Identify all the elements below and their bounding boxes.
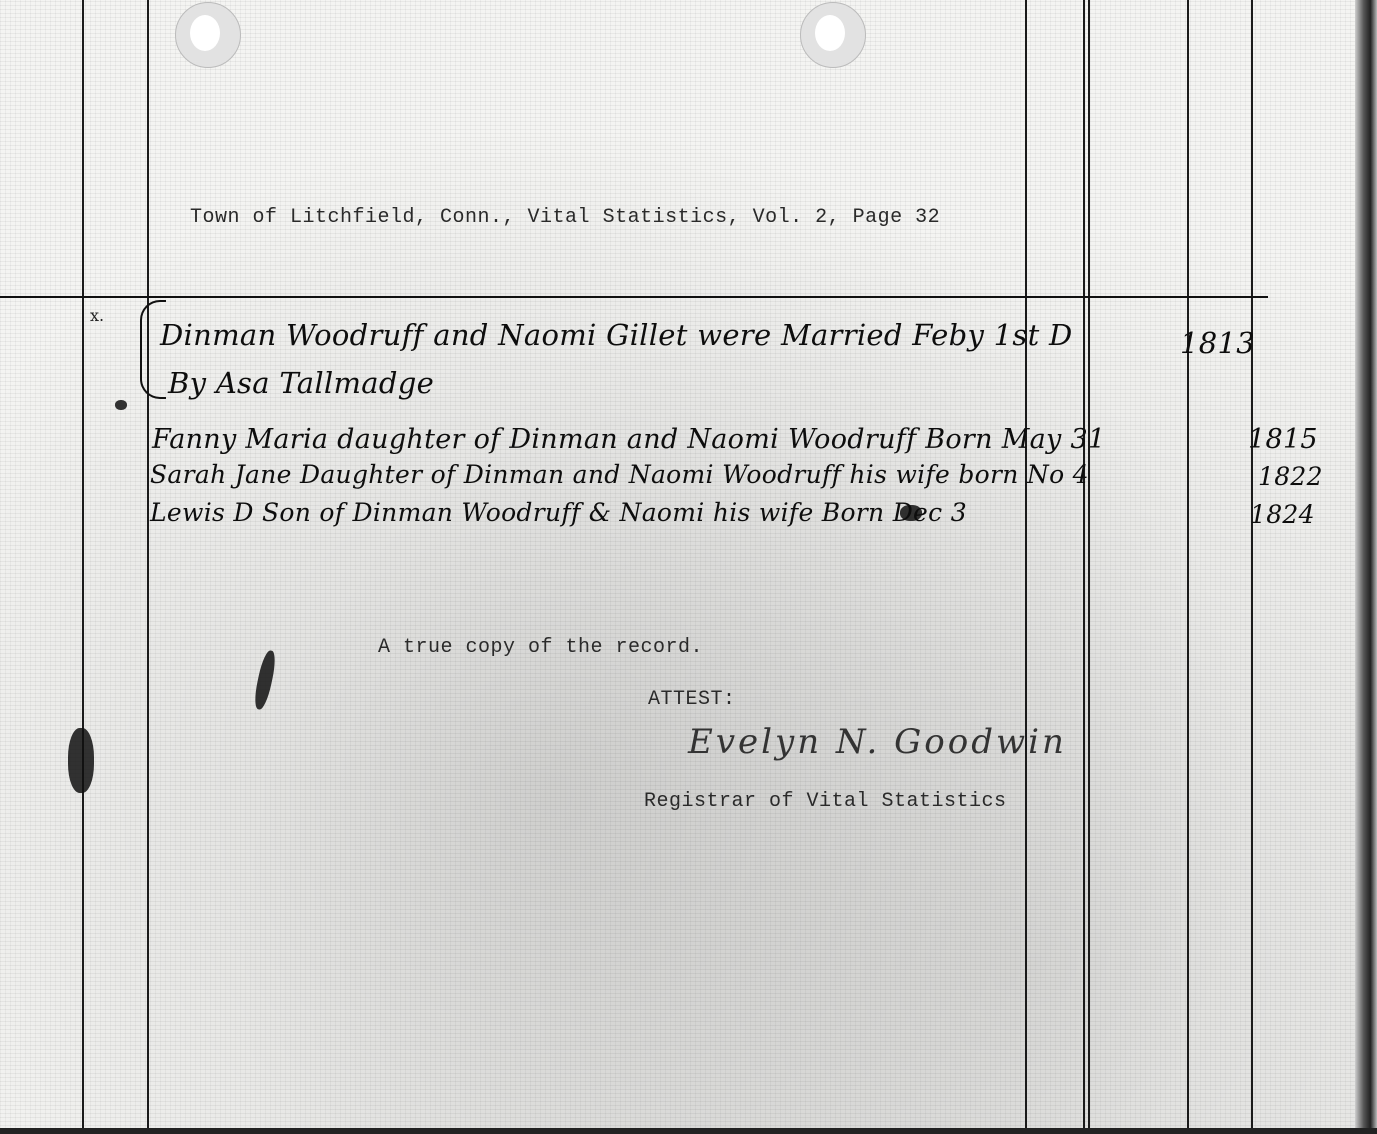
page-bottom-edge bbox=[0, 1128, 1377, 1134]
birth-entry: Fanny Maria daughter of Dinman and Naomi… bbox=[152, 424, 1105, 455]
binder-hole-right bbox=[800, 2, 866, 68]
marriage-entry-line: Dinman Woodruff and Naomi Gillet were Ma… bbox=[160, 318, 1073, 352]
page-edge bbox=[1355, 0, 1377, 1134]
scanned-record-page: Town of Litchfield, Conn., Vital Statist… bbox=[0, 0, 1377, 1134]
officiant-line: By Asa Tallmadge bbox=[168, 366, 434, 400]
ink-blot bbox=[68, 728, 94, 793]
ink-blot bbox=[115, 400, 127, 410]
birth-year: 1824 bbox=[1250, 500, 1315, 529]
birth-year: 1815 bbox=[1248, 424, 1318, 455]
margin-mark: x. bbox=[90, 306, 104, 325]
registrar-title: Registrar of Vital Statistics bbox=[644, 790, 1007, 813]
attest-label: ATTEST: bbox=[648, 688, 736, 711]
ink-blot bbox=[252, 649, 278, 711]
marriage-year: 1813 bbox=[1180, 326, 1255, 360]
ledger-rule bbox=[1088, 0, 1090, 1134]
ledger-rule bbox=[147, 0, 149, 1134]
birth-entry: Lewis D Son of Dinman Woodruff & Naomi h… bbox=[150, 498, 967, 527]
ledger-rule bbox=[82, 0, 84, 1134]
header-rule bbox=[0, 296, 1268, 298]
registrar-signature: Evelyn N. Goodwin bbox=[688, 722, 1067, 762]
ledger-rule bbox=[1187, 0, 1189, 1134]
birth-entry: Sarah Jane Daughter of Dinman and Naomi … bbox=[150, 460, 1089, 489]
birth-year: 1822 bbox=[1258, 462, 1323, 491]
ledger-rule bbox=[1251, 0, 1253, 1134]
true-copy-statement: A true copy of the record. bbox=[378, 636, 703, 659]
ledger-rule bbox=[1083, 0, 1085, 1134]
ledger-rule bbox=[1025, 0, 1027, 1134]
record-header: Town of Litchfield, Conn., Vital Statist… bbox=[190, 206, 940, 229]
binder-hole-left bbox=[175, 2, 241, 68]
